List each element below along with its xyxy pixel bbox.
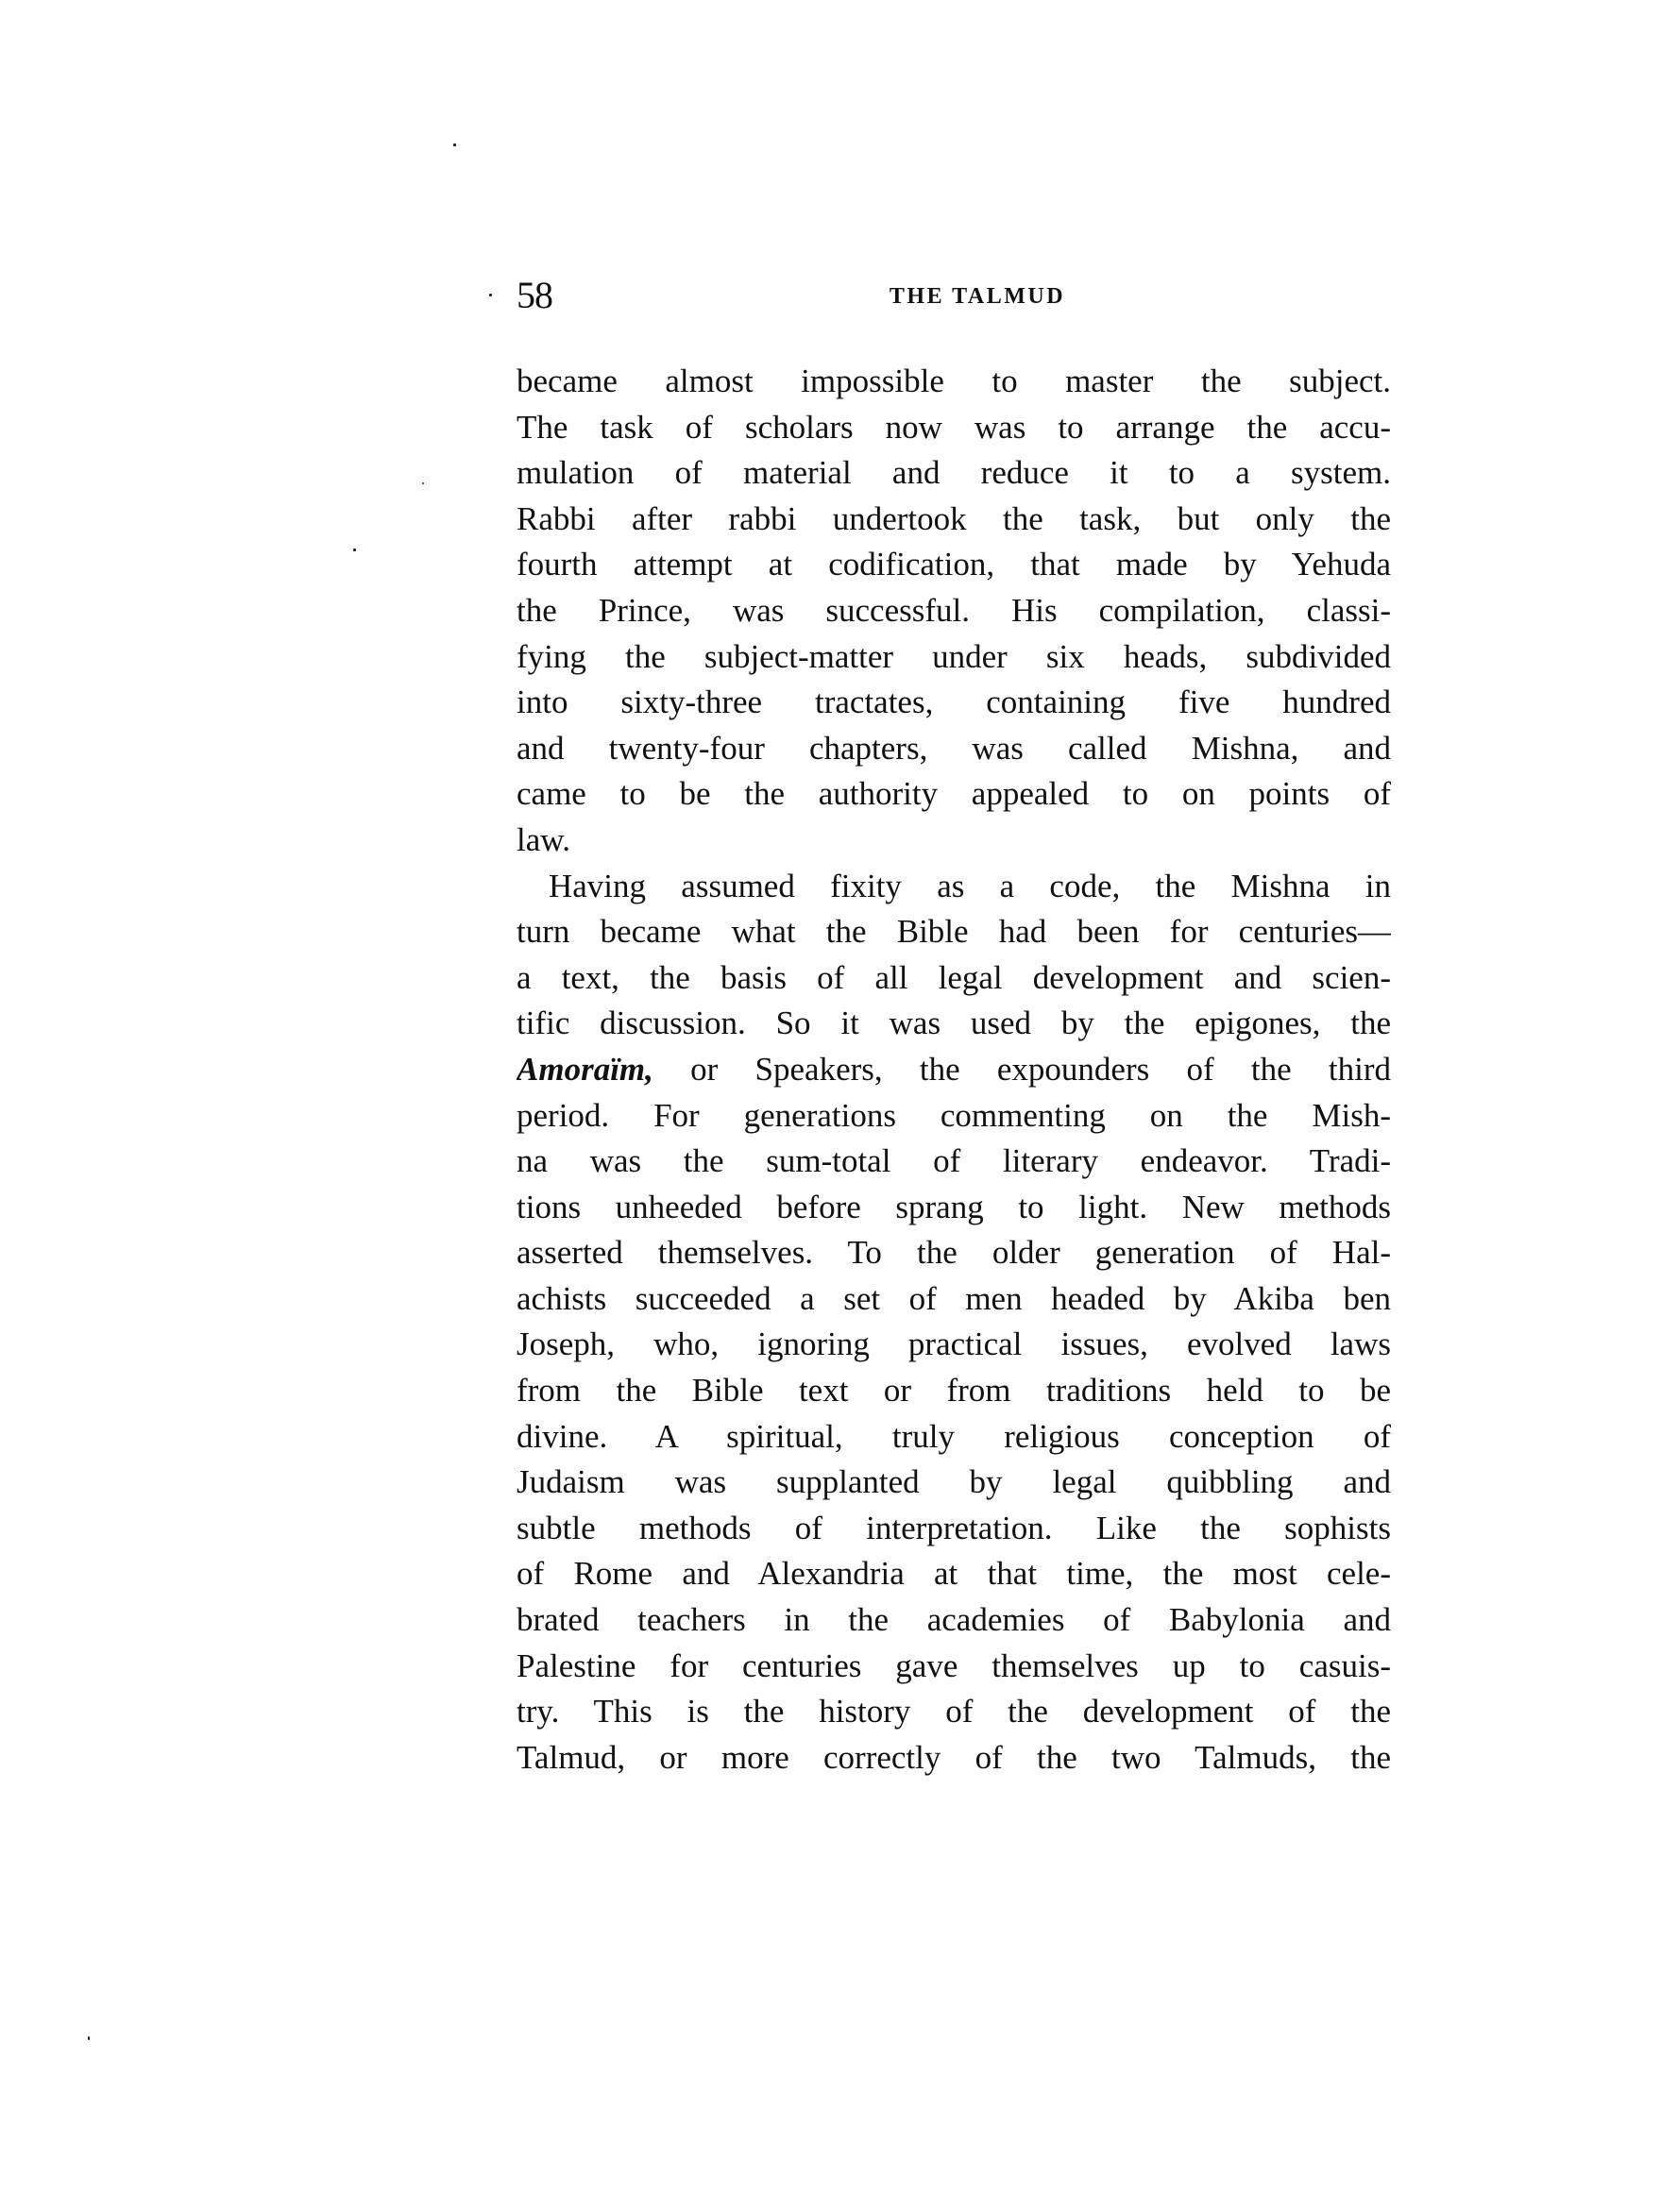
text-line: achists succeeded a set of men headed by… (517, 1276, 1391, 1323)
paragraph-1: became almost impossible to master the s… (517, 359, 1391, 864)
text-line: fying the subject-matter under six heads… (517, 634, 1391, 681)
text-line: Rabbi after rabbi undertook the task, bu… (517, 497, 1391, 543)
scan-speck (422, 482, 424, 484)
text-line: mulation of material and reduce it to a … (517, 450, 1391, 497)
text-line: of Rome and Alexandria at that time, the… (517, 1551, 1391, 1597)
text-line: Judaism was supplanted by legal quibblin… (517, 1460, 1391, 1506)
text-line: brated teachers in the academies of Baby… (517, 1597, 1391, 1644)
running-title: THE TALMUD (517, 278, 1391, 315)
text-line: Having assumed fixity as a code, the Mis… (517, 864, 1391, 910)
scan-speck (453, 144, 456, 146)
text-line: law. (517, 818, 1391, 864)
text-line: Palestine for centuries gave themselves … (517, 1644, 1391, 1690)
text-line: fourth attempt at codification, that mad… (517, 542, 1391, 588)
text-line: into sixty-three tractates, containing f… (517, 680, 1391, 726)
text-line: try. This is the history of the developm… (517, 1689, 1391, 1735)
text-line: a text, the basis of all legal developme… (517, 955, 1391, 1002)
text-line: became almost impossible to master the s… (517, 359, 1391, 405)
text-line: The task of scholars now was to arrange … (517, 405, 1391, 451)
scan-speck (88, 2036, 90, 2040)
body-text: became almost impossible to master the s… (517, 359, 1391, 1781)
scan-speck (489, 294, 492, 296)
text-line: tific discussion. So it was used by the … (517, 1001, 1391, 1047)
text-line: na was the sum-total of literary endeavo… (517, 1139, 1391, 1185)
text-line: Talmud, or more correctly of the two Tal… (517, 1735, 1391, 1781)
text-fragment: or Speakers, the expounders of the third (653, 1051, 1391, 1088)
scan-speck (353, 549, 356, 551)
text-line: and twenty-four chapters, was called Mis… (517, 726, 1391, 772)
text-line: asserted themselves. To the older genera… (517, 1230, 1391, 1276)
text-line: subtle methods of interpretation. Like t… (517, 1506, 1391, 1552)
text-line: turn became what the Bible had been for … (517, 909, 1391, 955)
text-line: period. For generations commenting on th… (517, 1093, 1391, 1140)
book-page: 58 THE TALMUD became almost impossible t… (0, 0, 1661, 2212)
text-line: came to be the authority appealed to on … (517, 771, 1391, 818)
text-line-with-italic-term: Amoraïm, or Speakers, the expounders of … (517, 1047, 1391, 1093)
text-line: divine. A spiritual, truly religious con… (517, 1414, 1391, 1461)
paragraph-2: Having assumed fixity as a code, the Mis… (517, 864, 1391, 1781)
italic-term: Amoraïm, (517, 1051, 653, 1088)
text-line: tions unheeded before sprang to light. N… (517, 1185, 1391, 1231)
text-line: the Prince, was successful. His compilat… (517, 588, 1391, 634)
text-line: Joseph, who, ignoring practical issues, … (517, 1322, 1391, 1368)
running-head: 58 THE TALMUD (517, 272, 1391, 319)
text-line: from the Bible text or from traditions h… (517, 1368, 1391, 1414)
